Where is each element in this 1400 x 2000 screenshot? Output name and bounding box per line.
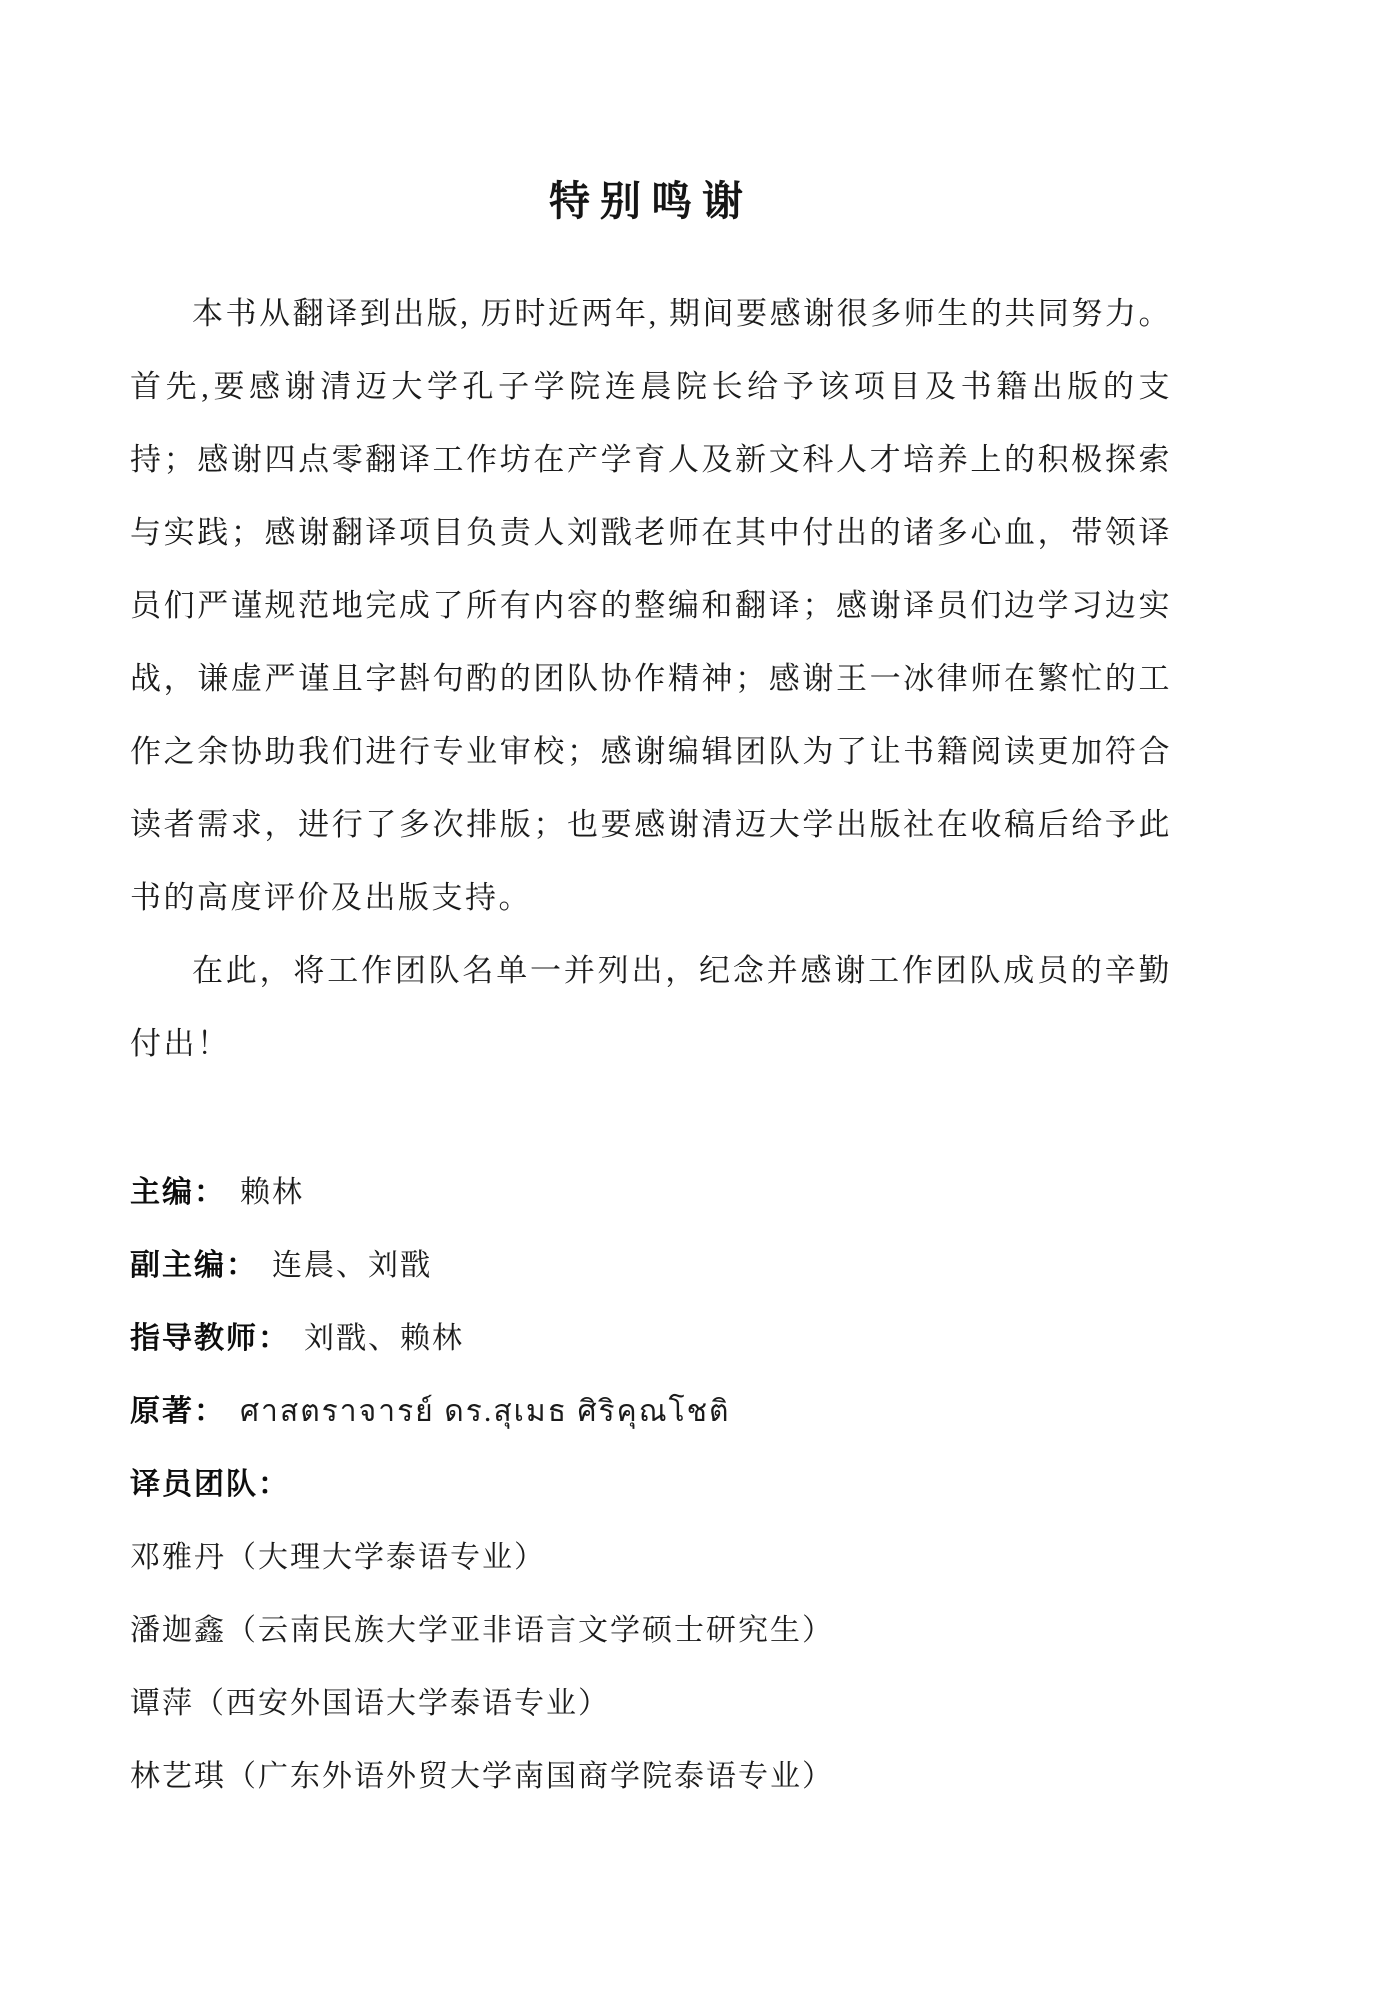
credit-row-chief-editor: 主编：赖林 (130, 1156, 1172, 1229)
acknowledgement-paragraph-2: 在此，将工作团队名单一并列出，纪念并感谢工作团队成员的辛勤付出！ (130, 934, 1172, 1080)
credit-row-translator-team-header: 译员团队： (130, 1448, 1172, 1521)
credit-value: 刘戬、赖林 (304, 1322, 464, 1355)
translator-item: 邓雅丹（大理大学泰语专业） (130, 1521, 1172, 1594)
credit-row-advisors: 指导教师：刘戬、赖林 (130, 1302, 1172, 1375)
acknowledgement-paragraph-1: 本书从翻译到出版, 历时近两年, 期间要感谢很多师生的共同努力。首先,要感谢清迈… (130, 277, 1172, 934)
credit-label: 主编： (130, 1176, 226, 1209)
translator-item: 谭萍（西安外国语大学泰语专业） (130, 1667, 1172, 1740)
credit-label: 指导教师： (130, 1322, 290, 1355)
credit-value: 赖林 (240, 1176, 304, 1209)
credit-row-original-author: 原著：ศาสตราจารย์ ดร.สุเมธ ศิริคุณโชติ (130, 1375, 1172, 1448)
credit-label: 译员团队： (130, 1468, 290, 1501)
translator-item: 林艺琪（广东外语外贸大学南国商学院泰语专业） (130, 1740, 1172, 1813)
translator-item: 潘迦鑫（云南民族大学亚非语言文学硕士研究生） (130, 1594, 1172, 1667)
credits-section: 主编：赖林 副主编：连晨、刘戬 指导教师：刘戬、赖林 原著：ศาสตราจารย… (130, 1156, 1172, 1813)
credit-value: ศาสตราจารย์ ดร.สุเมธ ศิริคุณโชติ (240, 1395, 731, 1428)
credit-value: 连晨、刘戬 (272, 1249, 432, 1282)
document-page: 特别鸣谢 本书从翻译到出版, 历时近两年, 期间要感谢很多师生的共同努力。首先,… (0, 0, 1400, 2000)
credit-label: 副主编： (130, 1249, 258, 1282)
credit-label: 原著： (130, 1395, 226, 1428)
credit-row-deputy-editor: 副主编：连晨、刘戬 (130, 1229, 1172, 1302)
page-title: 特别鸣谢 (130, 168, 1172, 227)
